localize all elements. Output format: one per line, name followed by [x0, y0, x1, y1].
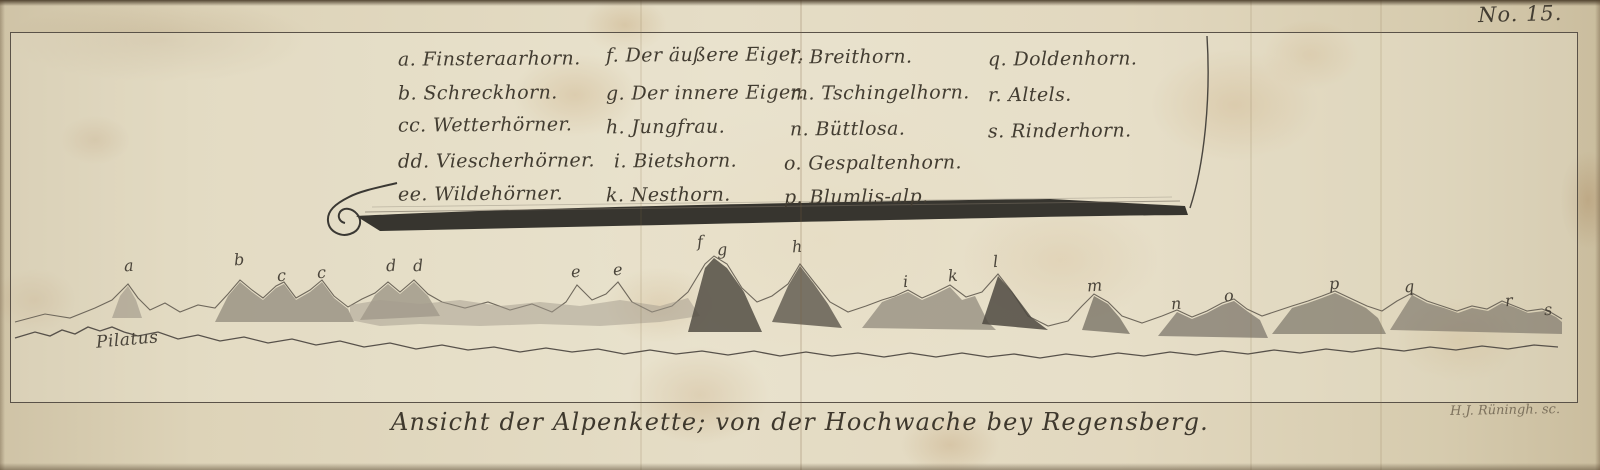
peak-letter: s — [1543, 300, 1553, 320]
legend-entry: p. Blumlis-alp. — [784, 185, 929, 208]
engraved-plate-scan: No. 15. a. Finsteraarhorn. b. Schreckhor… — [0, 0, 1600, 470]
legend-entry: f. Der äußere Eiger. — [606, 43, 804, 66]
peak-letter: m — [1086, 275, 1102, 295]
legend-entry: a. Finsteraarhorn. — [398, 47, 581, 70]
legend-entry: h. Jungfrau. — [606, 116, 725, 139]
peak-letter: c — [316, 263, 326, 283]
peak-letter: k — [947, 266, 958, 286]
scan-edge-top — [0, 0, 1600, 6]
legend-entry: dd. Viescherhörner. — [398, 149, 595, 172]
legend-entry: n. Büttlosa. — [790, 118, 905, 141]
peak-letter: f — [696, 232, 703, 251]
legend-entry: k. Nesthorn. — [606, 184, 731, 207]
peak-letter: g — [716, 240, 728, 260]
peak-letter: e — [612, 260, 623, 280]
legend-entry: ee. Wildehörner. — [398, 182, 563, 205]
peak-letter: d — [385, 256, 397, 276]
peak-letter: q — [1403, 277, 1415, 297]
peak-letter: c — [276, 266, 286, 286]
peak-letter: b — [233, 250, 245, 270]
legend-entry: l. Breithorn. — [790, 46, 913, 69]
legend-entry: q. Doldenhorn. — [988, 47, 1137, 70]
legend-entry: m. Tschingelhorn. — [790, 81, 970, 104]
peak-letter: r — [1504, 291, 1513, 310]
legend-entry: g. Der innere Eiger. — [606, 81, 805, 104]
peak-letter: d — [412, 256, 424, 276]
scan-edge-left — [0, 0, 5, 470]
plate-caption: Ansicht der Alpenkette; von der Hochwach… — [0, 408, 1600, 436]
scan-edge-bottom — [0, 463, 1600, 470]
peak-letter: h — [791, 237, 803, 257]
legend-entry: cc. Wetterhörner. — [398, 113, 572, 136]
peak-letter: a — [123, 256, 134, 276]
legend-entry: i. Bietshorn. — [614, 150, 737, 173]
legend-entry: o. Gespaltenhorn. — [784, 151, 962, 174]
legend-entry: r. Altels. — [988, 84, 1072, 107]
peak-letter: o — [1223, 286, 1234, 306]
scan-edge-right — [1595, 0, 1600, 470]
engraver-signature: H.J. Rüningh. sc. — [1450, 402, 1560, 419]
peak-letter: p — [1328, 274, 1340, 294]
peak-letter: e — [570, 262, 581, 282]
peak-letter: n — [1170, 294, 1182, 314]
plate-number: No. 15. — [1477, 1, 1562, 27]
legend-entry: b. Schreckhorn. — [398, 81, 558, 104]
legend-entry: s. Rinderhorn. — [988, 119, 1132, 142]
